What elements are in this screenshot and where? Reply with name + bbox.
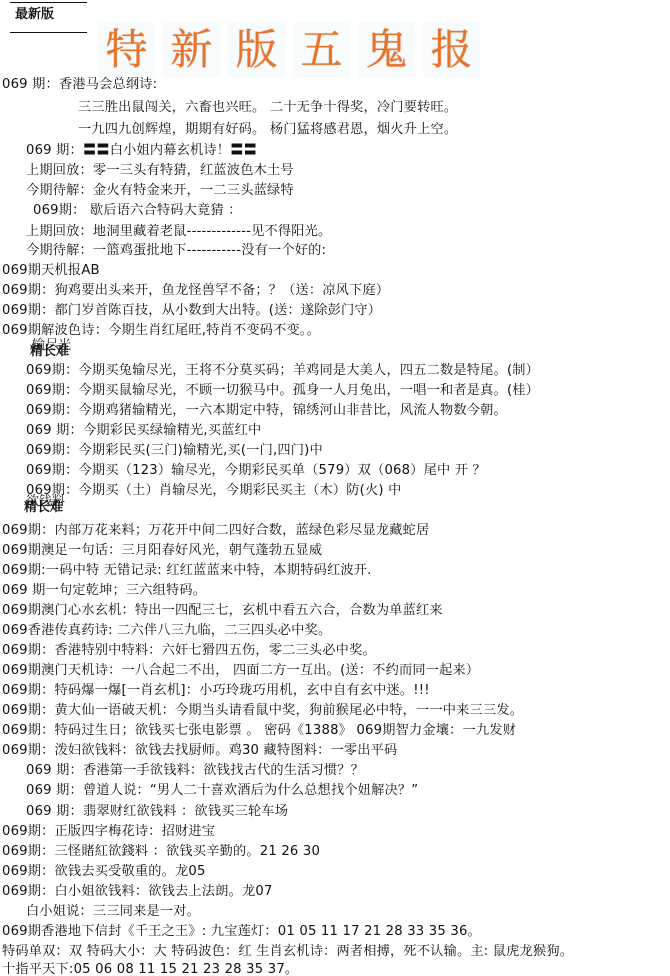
text-line: 069期：特码过生日；欲钱买七张电影票 。 密码《1388》 069期智力金壤：…: [2, 721, 516, 741]
text-line: 069期：黄大仙一语破天机：今期当头请看鼠中奖，狗前猴尾必中特，一一中来三三发。: [2, 701, 523, 721]
page-title: 特 新 版 五 鬼 报: [98, 22, 488, 78]
text-line: 069 期：曾道人说：“男人二十喜欢酒后为什么总想找个妞解决？”: [26, 781, 418, 801]
text-line: 069期香港地下信封《千王之王》: 九宝莲灯：01 05 11 17 21 28…: [2, 922, 481, 942]
text-line: 今期待解：一篮鸡蛋批地下-----------没有一个好的:: [26, 241, 326, 261]
text-line: 069期：正版四字梅花诗：招财进宝: [2, 822, 215, 842]
text-line: 三三胜出鼠闯关，六畜也兴旺。 二十无争十得奖，冷门要转旺。: [78, 98, 457, 118]
text-line: 069期：三怪賭紅欲錢料 ：欲钱买辛勤的。21 26 30: [2, 842, 320, 862]
text-line: 069期：香港特别中特料：六奸七猾四五伤，零二三头必中奖。: [2, 641, 376, 661]
text-line: 069期澳足一句话：三月阳春好风光，朝气蓬勃五显威: [2, 541, 322, 561]
text-line: 069期：白小姐欲钱料：欲钱去上法朗。龙07: [2, 882, 273, 902]
text-line: 069期：今期买（123）输尽光，今期彩民买单（579）双（068）尾中 开 ？: [26, 461, 486, 481]
text-line: 069期：泼妇欲钱料：欲钱去找厨师。鸡30 藏特图料：一零出平码: [2, 741, 397, 761]
section-heading-overlap: 精长难: [30, 345, 69, 359]
title-char: 版: [228, 22, 285, 78]
title-char: 新: [163, 22, 220, 78]
text-line: 069 期：今期彩民买绿输精光,买蓝红中: [26, 421, 261, 441]
edition-badge: 最新版: [15, 3, 54, 22]
text-line: 069期：今期彩民买(三门)输精光,买(一门,四门)中: [26, 441, 323, 461]
text-line: 069期：欲钱去买受敬重的。龙05: [2, 862, 206, 882]
header-line-bottom: [10, 32, 87, 33]
text-line: 白小姐说：三三同来是一对。: [26, 902, 200, 922]
title-char: 五: [293, 22, 350, 78]
text-line: 上期回放：零一三头有特猜，红蓝波色木土号: [26, 161, 294, 181]
text-line: 069期澳门心水玄机：特出一四配三七，玄机中看五六合，合数为单蓝红来: [2, 601, 443, 621]
text-line: 069期:一码中特 无错记录: 红红蓝蓝来中特，本期特码红波开.: [2, 561, 372, 581]
text-line: 069 期：香港第一手欲钱料：欲钱找古代的生活习惯？？: [26, 761, 364, 781]
text-line: 069期澳门天机诗：一八合起二不出， 四面二方一互出。(送：不约而同一起来）: [2, 661, 479, 681]
title-char: 鬼: [358, 22, 415, 78]
text-line: 069 期：〓〓白小姐内幕玄机诗！〓〓: [26, 141, 257, 161]
text-line: 069期： 歇后语六合特码大竟猜 ：: [33, 201, 242, 221]
text-line: 一九四九创辉煌，期期有好码。 杨门猛将感君恩，烟火升上空。: [78, 120, 457, 140]
text-line: 069期天机报AB: [2, 261, 100, 281]
text-line: 十指平天下:05 06 08 11 15 21 23 28 35 37。: [2, 960, 298, 976]
text-line: 069期：今期买鼠输尽光，不顾一切猴马中。孤身一人月兔出，一唱一和者是真。(桂）: [26, 381, 539, 401]
text-line: 069 期：翡翠财红欲钱料 ：欲钱买三轮车场: [26, 802, 288, 822]
text-line: 069期：今期买（土）肖输尽光，今期彩民买主（木）防(火) 中: [26, 481, 402, 501]
text-line: 069期：狗鸡要出头来开，鱼龙怪兽罕不备；？（送：凉风下庭）: [2, 281, 389, 301]
section-heading-overlap: 精长难: [24, 501, 63, 515]
text-line: 069香港传真药诗: 二六伴八三九临，二三四头必中奖。: [2, 621, 331, 641]
text-line: 069期：今期买兔输尽光，王将不分莫买码；羊鸡同是大美人，四五二数是特尾。(制）: [26, 361, 539, 381]
text-line: 069期：今期鸡猪输精光，一六本期定中特，锦绣河山非昔比，风流人物数今朝。: [26, 401, 507, 421]
text-line: 069期：都门岁首陈百技，从小数到大出特。(送：遂除彭门守）: [2, 301, 381, 321]
text-line: 上期回放：地洞里藏着老鼠-------------见不得阳光。: [26, 222, 331, 242]
text-line: 069期：内部万花来料；万花开中间二四好合数，蓝绿色彩尽显龙藏蛇居: [2, 521, 429, 541]
text-line: 今期待解：金火有特金来开，一二三头蓝绿特: [26, 181, 294, 201]
text-line: 069 期一句定乾坤；三六组特码。: [2, 581, 206, 601]
title-char: 特: [98, 22, 155, 78]
text-line: 069期：特码爆一爆[一肖玄机]：小巧玲珑巧用机，玄中自有玄中迷。!!!: [2, 681, 430, 701]
text-line: 特码单双：双 特码大小：大 特码波色：红 生肖玄机诗：两者相搏，死不认输。主: …: [2, 942, 573, 962]
text-line: 069 期：香港马会总纲诗:: [2, 75, 157, 95]
title-char: 报: [423, 22, 480, 78]
